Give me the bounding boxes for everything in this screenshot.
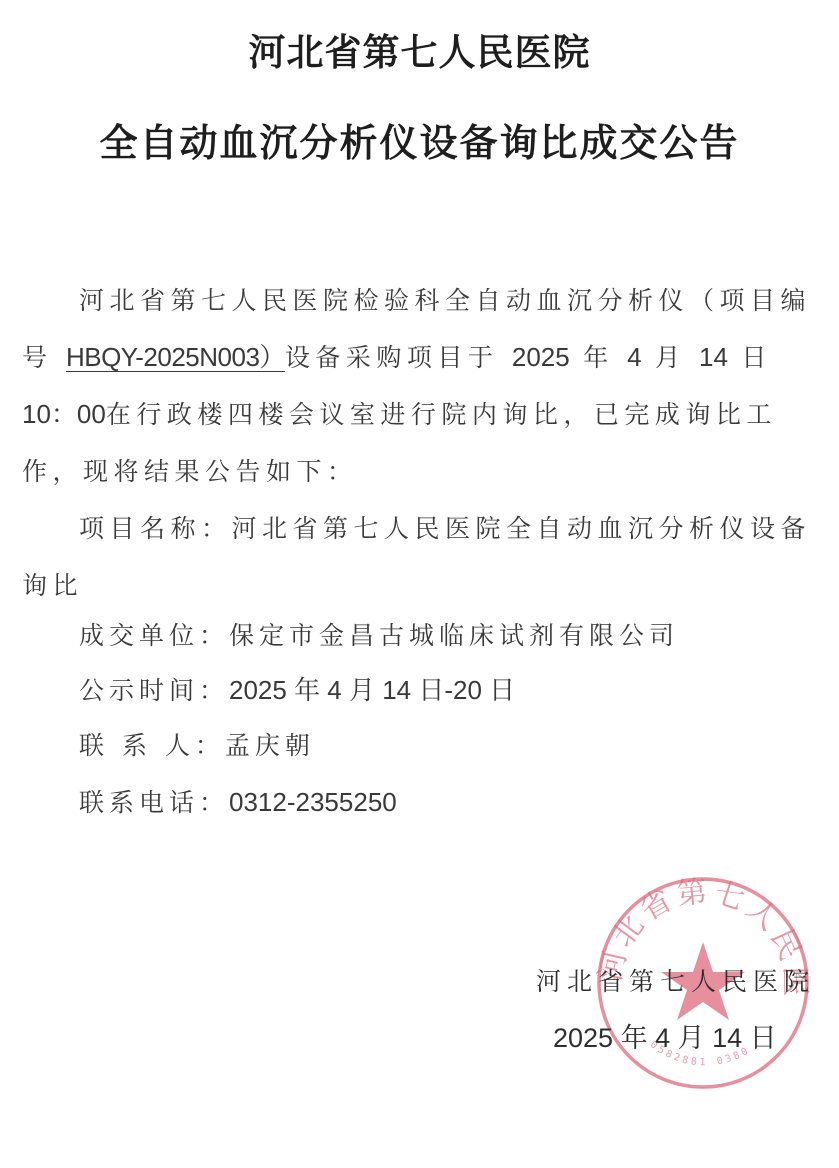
field-winning-supplier: 成交单位：保定市金昌古城临床试剂有限公司 xyxy=(79,616,679,656)
bid-time: 10：00 xyxy=(22,399,106,429)
field-label: 联 系 人： xyxy=(79,731,225,760)
title-hospital: 河北省第七人民医院 xyxy=(0,22,839,76)
field-value: 2025 年 4 月 14 日-20 日 xyxy=(229,675,515,705)
field-contact-person: 联 系 人：孟庆朝 xyxy=(79,726,315,766)
field-label: 项目名称： xyxy=(79,514,232,543)
signature-date-text: 2025 年 4 月 14 日 xyxy=(553,1023,777,1053)
field-contact-phone: 联系电话：0312-2355250 xyxy=(79,782,397,823)
bid-year: 2025 xyxy=(512,342,570,372)
field-value: 孟庆朝 xyxy=(225,731,315,760)
signature-date: 2025 年 4 月 14 日 xyxy=(553,1016,777,1055)
project-code: HBQY-2025N003） xyxy=(66,342,285,372)
field-value: 0312-2355250 xyxy=(229,787,397,817)
year-unit: 年 xyxy=(583,343,614,372)
field-project-name: 项目名称：河北省第七人民医院全自动血沉分析仪设备询比 xyxy=(22,500,822,614)
signature-organization: 河北省第七人民医院 xyxy=(536,962,815,998)
body-text-part3: 在行政楼四楼会议室进行院内询比，已完成询比工作，现将结果公告如下： xyxy=(22,400,777,486)
field-publicity-period: 公示时间：2025 年 4 月 14 日-20 日 xyxy=(79,670,515,711)
day-unit: 日 xyxy=(741,343,772,372)
field-label: 公示时间： xyxy=(79,676,229,705)
month-unit: 月 xyxy=(655,343,686,372)
title-announcement: 全自动血沉分析仪设备询比成交公告 xyxy=(0,112,839,167)
bid-day: 14 xyxy=(699,342,728,372)
bid-month: 4 xyxy=(627,342,641,372)
field-label: 成交单位： xyxy=(79,621,229,650)
field-value: 保定市金昌古城临床试剂有限公司 xyxy=(229,621,679,650)
body-text-part2: 设备采购项目于 xyxy=(285,343,499,372)
field-label: 联系电话： xyxy=(79,788,229,817)
body-paragraph: 河北省第七人民医院检验科全自动血沉分析仪（项目编号 HBQY-2025N003）… xyxy=(22,272,822,500)
